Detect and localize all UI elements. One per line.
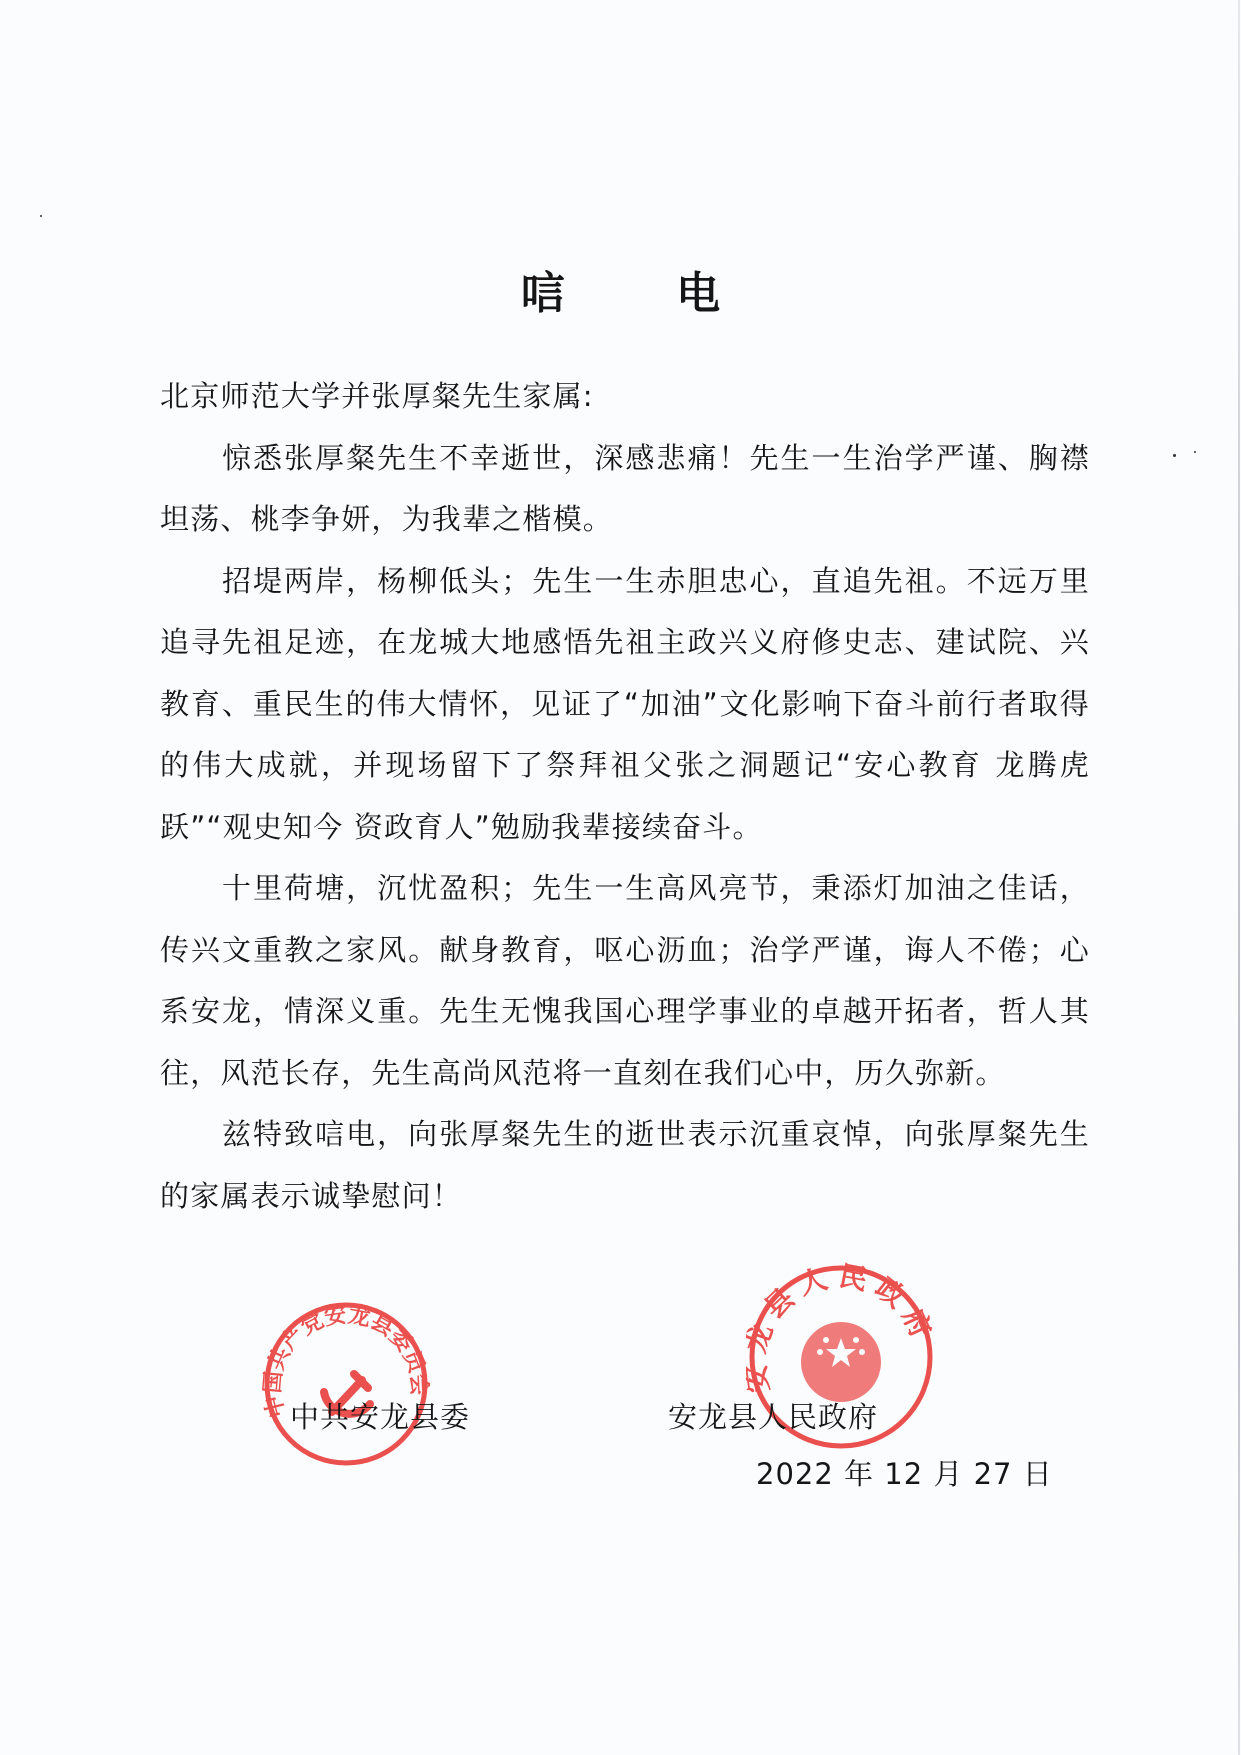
national-emblem-icon — [801, 1322, 881, 1402]
document-body: 北京师范大学并张厚粲先生家属: 惊悉张厚粲先生不幸逝世，深感悲痛！先生一生治学严… — [160, 366, 1090, 1227]
signature-county-government: 安龙县人民政府 — [668, 1395, 878, 1436]
document-date: 2022 年 12 月 27 日 — [756, 1452, 1053, 1493]
party-committee-seal: 中国共产党安龙县委员会 — [262, 1300, 430, 1468]
paragraph-4: 兹特致唁电，向张厚粲先生的逝世表示沉重哀悼，向张厚粲先生的家属表示诚挚慰问！ — [160, 1104, 1090, 1227]
scan-speck — [1194, 451, 1196, 453]
document-page: 唁 电 北京师范大学并张厚粲先生家属: 惊悉张厚粲先生不幸逝世，深感悲痛！先生一… — [0, 0, 1241, 1755]
paragraph-1: 惊悉张厚粲先生不幸逝世，深感悲痛！先生一生治学严谨、胸襟坦荡、桃李争妍，为我辈之… — [160, 428, 1090, 551]
scan-speck — [1173, 454, 1176, 457]
document-title: 唁 电 — [0, 257, 1241, 321]
signature-party-committee: 中共安龙县委 — [290, 1395, 470, 1436]
paragraph-3: 十里荷塘，沉忧盈积；先生一生高风亮节，秉添灯加油之佳话，传兴文重教之家风。献身教… — [160, 858, 1090, 1104]
paragraph-2: 招堤两岸，杨柳低头；先生一生赤胆忠心，直追先祖。不远万里追寻先祖足迹，在龙城大地… — [160, 551, 1090, 859]
salutation: 北京师范大学并张厚粲先生家属: — [160, 366, 1090, 428]
scan-speck — [40, 215, 42, 217]
